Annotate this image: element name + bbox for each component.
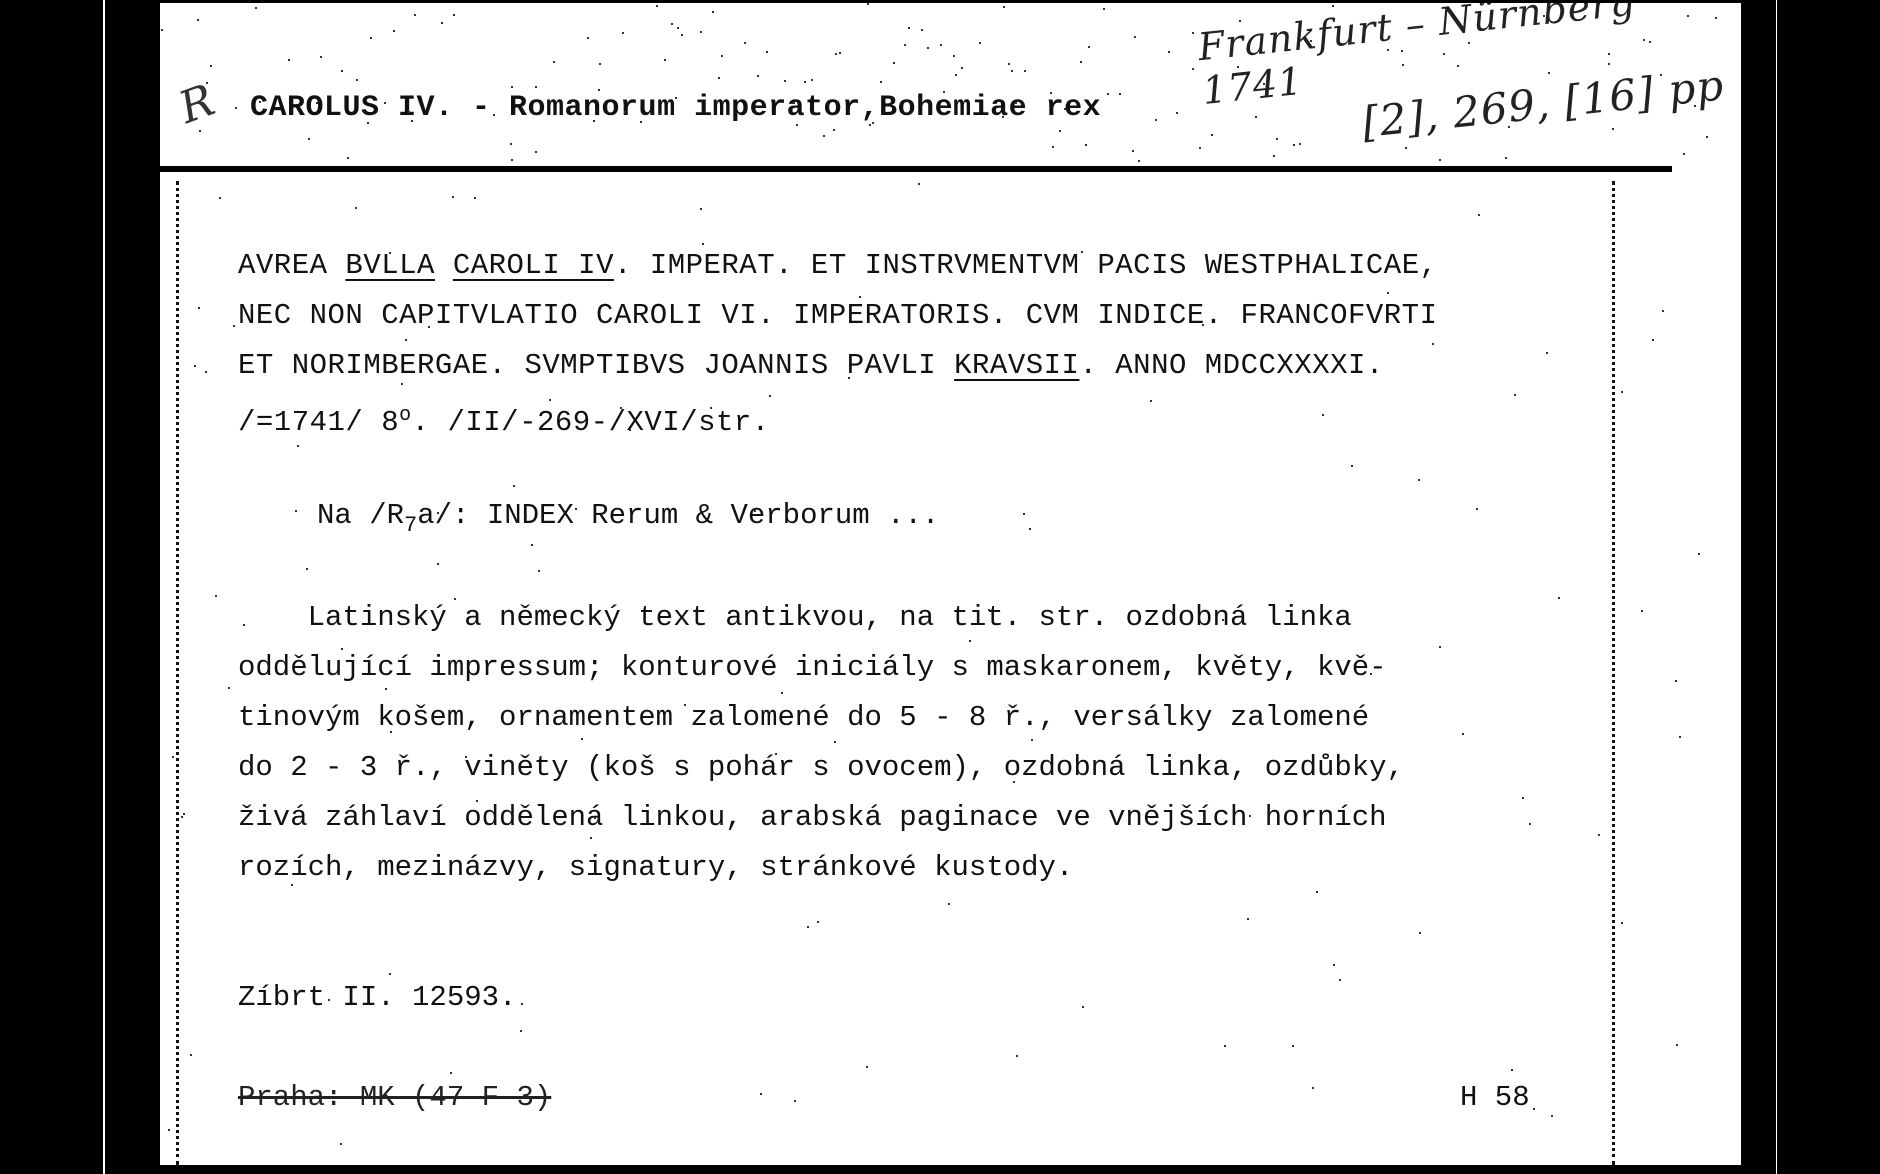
shelfmark: H 58: [1460, 1073, 1530, 1123]
scan-speckle: [587, 37, 589, 39]
scan-speckle: [1649, 41, 1651, 43]
scan-speckle: [1621, 391, 1623, 393]
scan-speckle: [1080, 61, 1082, 63]
scan-speckle: [684, 704, 686, 706]
scan-speckle: [1546, 352, 1548, 354]
scan-speckle: [1192, 32, 1194, 34]
scan-speckle: [804, 81, 806, 83]
scan-speckle: [161, 29, 163, 31]
scan-speckle: [408, 111, 410, 113]
scan-speckle: [1013, 781, 1015, 783]
scan-speckle: [474, 197, 476, 199]
scan-speckle: [385, 688, 387, 690]
scan-speckle: [411, 120, 413, 122]
scan-speckle: [1551, 1115, 1553, 1117]
scan-speckle: [1558, 597, 1560, 599]
scan-speckle: [428, 326, 430, 328]
scan-speckle: [316, 102, 318, 104]
scan-speckle: [205, 371, 207, 373]
scan-speckle: [1419, 932, 1421, 934]
scan-speckle: [1402, 64, 1404, 66]
scan-speckle: [370, 37, 372, 39]
scan-speckle: [1476, 508, 1478, 510]
scan-speckle: [513, 485, 515, 487]
scan-speckle: [210, 65, 212, 67]
scan-speckle: [1023, 513, 1025, 515]
scan-speckle: [549, 614, 551, 616]
scan-speckle: [1478, 214, 1480, 216]
scan-speckle: [233, 325, 235, 327]
index-note: Na /R7a/: INDEX Rerum & Verborum ...: [317, 491, 939, 551]
scan-speckle: [1103, 8, 1105, 10]
scan-speckle: [1016, 1055, 1018, 1057]
scan-speckle: [341, 70, 343, 72]
scan-speckle: [1683, 153, 1685, 155]
scan-speckle: [288, 59, 290, 61]
scan-speckle: [859, 296, 861, 298]
scan-speckle: [197, 19, 199, 21]
scan-speckle: [390, 731, 392, 733]
scan-speckle: [356, 79, 358, 81]
scan-speckle: [880, 81, 882, 83]
scan-speckle: [757, 75, 759, 77]
scan-speckle: [1511, 1069, 1513, 1071]
scan-speckle: [1333, 964, 1335, 966]
scan-speckle: [793, 102, 795, 104]
scan-speckle: [535, 151, 537, 153]
scan-speckle: [677, 27, 679, 29]
scan-speckle: [511, 159, 513, 161]
handwritten-margin-mark: R: [173, 74, 223, 134]
scan-speckle: [405, 339, 407, 341]
scan-speckle: [168, 1129, 170, 1131]
scan-speckle: [1387, 292, 1389, 294]
scan-speckle: [340, 1143, 342, 1145]
scan-speckle: [465, 756, 467, 758]
scan-speckle: [476, 800, 478, 802]
scan-speckle: [594, 817, 596, 819]
scan-speckle: [199, 130, 201, 132]
scan-speckle: [590, 837, 592, 839]
scan-speckle: [1312, 1087, 1314, 1089]
scan-speckle: [1199, 147, 1201, 149]
scan-speckle: [450, 1072, 452, 1074]
scan-speckle: [593, 120, 595, 122]
scan-speckle: [206, 82, 208, 84]
scan-speckle: [775, 753, 777, 755]
scan-speckle: [1598, 834, 1600, 836]
scan-speckle: [306, 568, 308, 570]
scan-speckle: [1299, 143, 1301, 145]
bibliographic-reference: Zíbrt II. 12593.: [238, 973, 516, 1023]
scan-speckle: [1237, 66, 1239, 68]
scan-speckle: [1081, 251, 1083, 253]
scan-speckle: [194, 365, 196, 367]
scan-speckle: [1202, 324, 1204, 326]
scan-speckle: [979, 42, 981, 44]
scan-speckle: [384, 102, 386, 104]
scan-speckle: [794, 1100, 796, 1102]
scan-speckle: [297, 445, 299, 447]
scan-speckle: [1031, 739, 1033, 741]
scan-speckle: [1134, 36, 1136, 38]
scan-speckle: [1462, 733, 1464, 735]
scan-speckle: [1249, 815, 1251, 817]
scan-speckle: [1496, 120, 1498, 122]
scan-speckle: [796, 124, 798, 126]
scan-speckle: [1641, 610, 1643, 612]
scan-speckle: [251, 307, 253, 309]
scan-speckle: [172, 756, 174, 758]
scan-speckle: [511, 86, 513, 88]
scan-speckle: [921, 29, 923, 31]
scan-speckle: [659, 113, 661, 115]
scan-speckle: [1085, 144, 1087, 146]
scan-speckle: [1322, 414, 1324, 416]
scan-speckle: [1024, 70, 1026, 72]
scan-speckle: [525, 516, 527, 518]
scan-speckle: [402, 761, 404, 763]
scan-speckle: [1316, 891, 1318, 893]
scan-speckle: [228, 687, 230, 689]
scan-speckle: [766, 51, 768, 53]
scan-speckle: [769, 395, 771, 397]
scan-speckle: [1138, 160, 1140, 162]
scan-speckle: [1222, 619, 1224, 621]
scan-speckle: [867, 3, 869, 5]
scan-speckle: [441, 22, 443, 24]
scan-speckle: [833, 129, 835, 131]
scan-speckle: [355, 207, 357, 209]
scan-speckle: [1050, 92, 1052, 94]
scan-speckle: [988, 609, 990, 611]
scan-speckle: [781, 692, 783, 694]
scan-speckle: [341, 648, 343, 650]
scan-speckle: [744, 42, 746, 44]
scan-speckle: [535, 86, 537, 88]
scan-speckle: [454, 598, 456, 600]
scan-speckle: [1457, 65, 1459, 67]
scan-speckle: [259, 101, 261, 103]
scan-speckle: [243, 624, 245, 626]
scan-speckle: [389, 252, 391, 254]
scan-speckle: [702, 243, 704, 245]
scan-speckle: [521, 1003, 523, 1005]
scan-speckle: [710, 407, 712, 409]
scan-speckle: [1660, 74, 1662, 76]
struck-location: Praha: MK (47 F 3): [238, 1073, 551, 1123]
scan-speckle: [1273, 155, 1275, 157]
scan-speckle: [969, 640, 971, 642]
scan-edge-line-right: [1776, 0, 1777, 1174]
scan-speckle: [869, 124, 871, 126]
scan-speckle: [328, 999, 330, 1001]
scan-speckle: [437, 563, 439, 565]
scan-speckle: [1522, 797, 1524, 799]
scan-speckle: [671, 23, 673, 25]
scan-speckle: [1621, 922, 1623, 924]
scan-speckle: [754, 510, 756, 512]
scan-speckle: [181, 816, 183, 818]
scan-speckle: [1370, 673, 1372, 675]
scan-speckle: [1052, 146, 1054, 148]
scan-speckle: [718, 77, 720, 79]
scan-speckle: [598, 89, 600, 91]
scan-speckle: [927, 47, 929, 49]
scan-speckle: [1082, 1006, 1084, 1008]
scan-speckle: [835, 53, 837, 55]
scan-speckle: [1029, 528, 1031, 530]
catalog-card: R Frankfurt – Nürnberg 1741 [2], 269, [1…: [160, 3, 1741, 1165]
scan-speckle: [215, 595, 217, 597]
scan-speckle: [1011, 70, 1013, 72]
scan-speckle: [1505, 157, 1507, 159]
right-dotted-border: [1612, 181, 1615, 1165]
scan-speckle: [943, 91, 945, 93]
scan-speckle: [1132, 150, 1134, 152]
scan-speckle: [1687, 15, 1689, 17]
scan-speckle: [675, 97, 677, 99]
scan-speckle: [1310, 40, 1312, 42]
scan-speckle: [1652, 339, 1654, 341]
scan-speckle: [1107, 93, 1109, 95]
scan-speckle: [1418, 479, 1420, 481]
scan-speckle: [1146, 267, 1148, 269]
scan-speckle: [453, 14, 455, 16]
scan-speckle: [1176, 112, 1178, 114]
heading-rule: [160, 166, 1672, 172]
scan-speckle: [510, 143, 512, 145]
scan-speckle: [904, 44, 906, 46]
scan-speckle: [712, 11, 714, 13]
scan-speckle: [834, 741, 836, 743]
scan-speckle: [629, 429, 631, 431]
scan-speckle: [908, 27, 910, 29]
scan-speckle: [1439, 159, 1441, 161]
scan-speckle: [320, 56, 322, 58]
scan-speckle: [811, 79, 813, 81]
scan-speckle: [1543, 15, 1545, 17]
scan-speckle: [183, 813, 185, 815]
scan-speckle: [1351, 465, 1353, 467]
scan-speckle: [1706, 136, 1708, 138]
scan-speckle: [620, 407, 622, 409]
scan-speckle: [760, 1093, 762, 1095]
scan-speckle: [822, 610, 824, 612]
scan-speckle: [700, 208, 702, 210]
scan-speckle: [839, 52, 841, 54]
scan-speckle: [198, 307, 200, 309]
scan-speckle: [1155, 119, 1157, 121]
scan-speckle: [437, 512, 439, 514]
scan-speckle: [549, 399, 551, 401]
scan-speckle: [1679, 736, 1681, 738]
scan-speckle: [1405, 147, 1407, 149]
scan-speckle: [1387, 49, 1389, 51]
scan-speckle: [1643, 39, 1645, 41]
scan-speckle: [1533, 1108, 1535, 1110]
title-transcription: AVREA BVLLA CAROLI IV. IMPERAT. ET INSTR…: [238, 241, 1438, 448]
scan-speckle: [599, 63, 601, 65]
scan-speckle: [295, 510, 297, 512]
scan-speckle: [520, 1030, 522, 1032]
scan-speckle: [1247, 918, 1249, 920]
scan-speckle: [700, 31, 702, 33]
scan-speckle: [531, 544, 533, 546]
scan-speckle: [1276, 138, 1278, 140]
scan-speckle: [1003, 6, 1005, 8]
scan-speckle: [624, 111, 626, 113]
scan-speckle: [1548, 72, 1550, 74]
scan-speckle: [1612, 128, 1614, 130]
scan-speckle: [1508, 126, 1510, 128]
scan-speckle: [581, 738, 583, 740]
scan-speckle: [664, 59, 666, 61]
scan-speckle: [1168, 51, 1170, 53]
scan-speckle: [872, 122, 874, 124]
physical-description: Latinský a německý text antikvou, na tit…: [238, 593, 1404, 893]
scan-speckle: [452, 196, 454, 198]
scan-speckle: [1715, 17, 1717, 19]
scan-speckle: [1059, 130, 1061, 132]
scan-speckle: [940, 44, 942, 46]
scan-speckle: [553, 61, 555, 63]
scan-speckle: [622, 32, 624, 34]
scan-speckle: [347, 157, 349, 159]
scan-speckle: [893, 62, 895, 64]
scan-speckle: [414, 14, 416, 16]
scan-speckle: [1694, 105, 1696, 107]
scan-speckle: [575, 508, 577, 510]
scan-speckle: [1481, 3, 1483, 5]
scan-speckle: [1064, 108, 1066, 110]
scan-speckle: [1468, 42, 1470, 44]
scan-speckle: [389, 973, 391, 975]
scan-speckle: [955, 74, 957, 76]
scan-speckle: [1339, 979, 1341, 981]
scan-speckle: [1293, 144, 1295, 146]
scan-speckle: [1608, 53, 1610, 55]
scan-speckle: [190, 1054, 192, 1056]
scan-speckle: [1292, 1045, 1294, 1047]
scan-speckle: [807, 926, 809, 928]
scan-speckle: [255, 7, 257, 9]
scan-speckle: [1401, 50, 1403, 52]
scan-speckle: [961, 67, 963, 69]
scan-edge-line-left: [103, 0, 105, 1174]
scan-speckle: [1255, 116, 1257, 118]
scan-speckle: [291, 884, 293, 886]
scan-speckle: [1675, 680, 1677, 682]
scan-speckle: [1514, 394, 1516, 396]
scan-speckle: [953, 55, 955, 57]
scan-speckle: [1529, 823, 1531, 825]
scan-speckle: [1443, 53, 1445, 55]
scan-speckle: [784, 80, 786, 82]
scan-speckle: [538, 570, 540, 572]
scan-speckle: [1119, 93, 1121, 95]
scan-speckle: [681, 34, 683, 36]
scan-speckle: [1662, 310, 1664, 312]
scan-speckle: [1150, 400, 1152, 402]
scan-speckle: [837, 101, 839, 103]
scan-speckle: [1224, 1045, 1226, 1047]
scan-speckle: [401, 383, 403, 385]
scan-speckle: [1332, 5, 1334, 7]
scan-speckle: [823, 135, 825, 137]
scan-speckle: [1263, 83, 1265, 85]
scan-speckle: [866, 1066, 868, 1068]
scan-speckle: [308, 138, 310, 140]
scan-speckle: [817, 921, 819, 923]
scan-speckle: [640, 121, 642, 123]
scan-speckle: [235, 107, 237, 109]
scan-speckle: [1439, 646, 1441, 648]
scan-speckle: [948, 903, 950, 905]
scan-speckle: [393, 30, 395, 32]
scan-speckle: [1676, 1044, 1678, 1046]
scan-speckle: [656, 5, 658, 7]
scan-speckle: [493, 114, 495, 116]
scan-speckle: [1698, 553, 1700, 555]
scan-speckle: [1015, 102, 1017, 104]
scan-speckle: [1239, 20, 1241, 22]
scan-speckle: [219, 197, 221, 199]
scan-speckle: [1008, 63, 1010, 65]
scan-speckle: [1608, 63, 1610, 65]
card-heading: CAROLUS IV. - Romanorum imperator,Bohemi…: [250, 91, 1101, 125]
left-dotted-border: [176, 181, 179, 1165]
scan-speckle: [367, 122, 369, 124]
scan-speckle: [1457, 98, 1459, 100]
scan-speckle: [1211, 134, 1213, 136]
scan-speckle: [918, 183, 920, 185]
scan-speckle: [1192, 68, 1194, 70]
scan-speckle: [848, 377, 850, 379]
scan-speckle: [1432, 343, 1434, 345]
scan-speckle: [1002, 116, 1004, 118]
scan-speckle: [721, 55, 723, 57]
scan-speckle: [1088, 46, 1090, 48]
